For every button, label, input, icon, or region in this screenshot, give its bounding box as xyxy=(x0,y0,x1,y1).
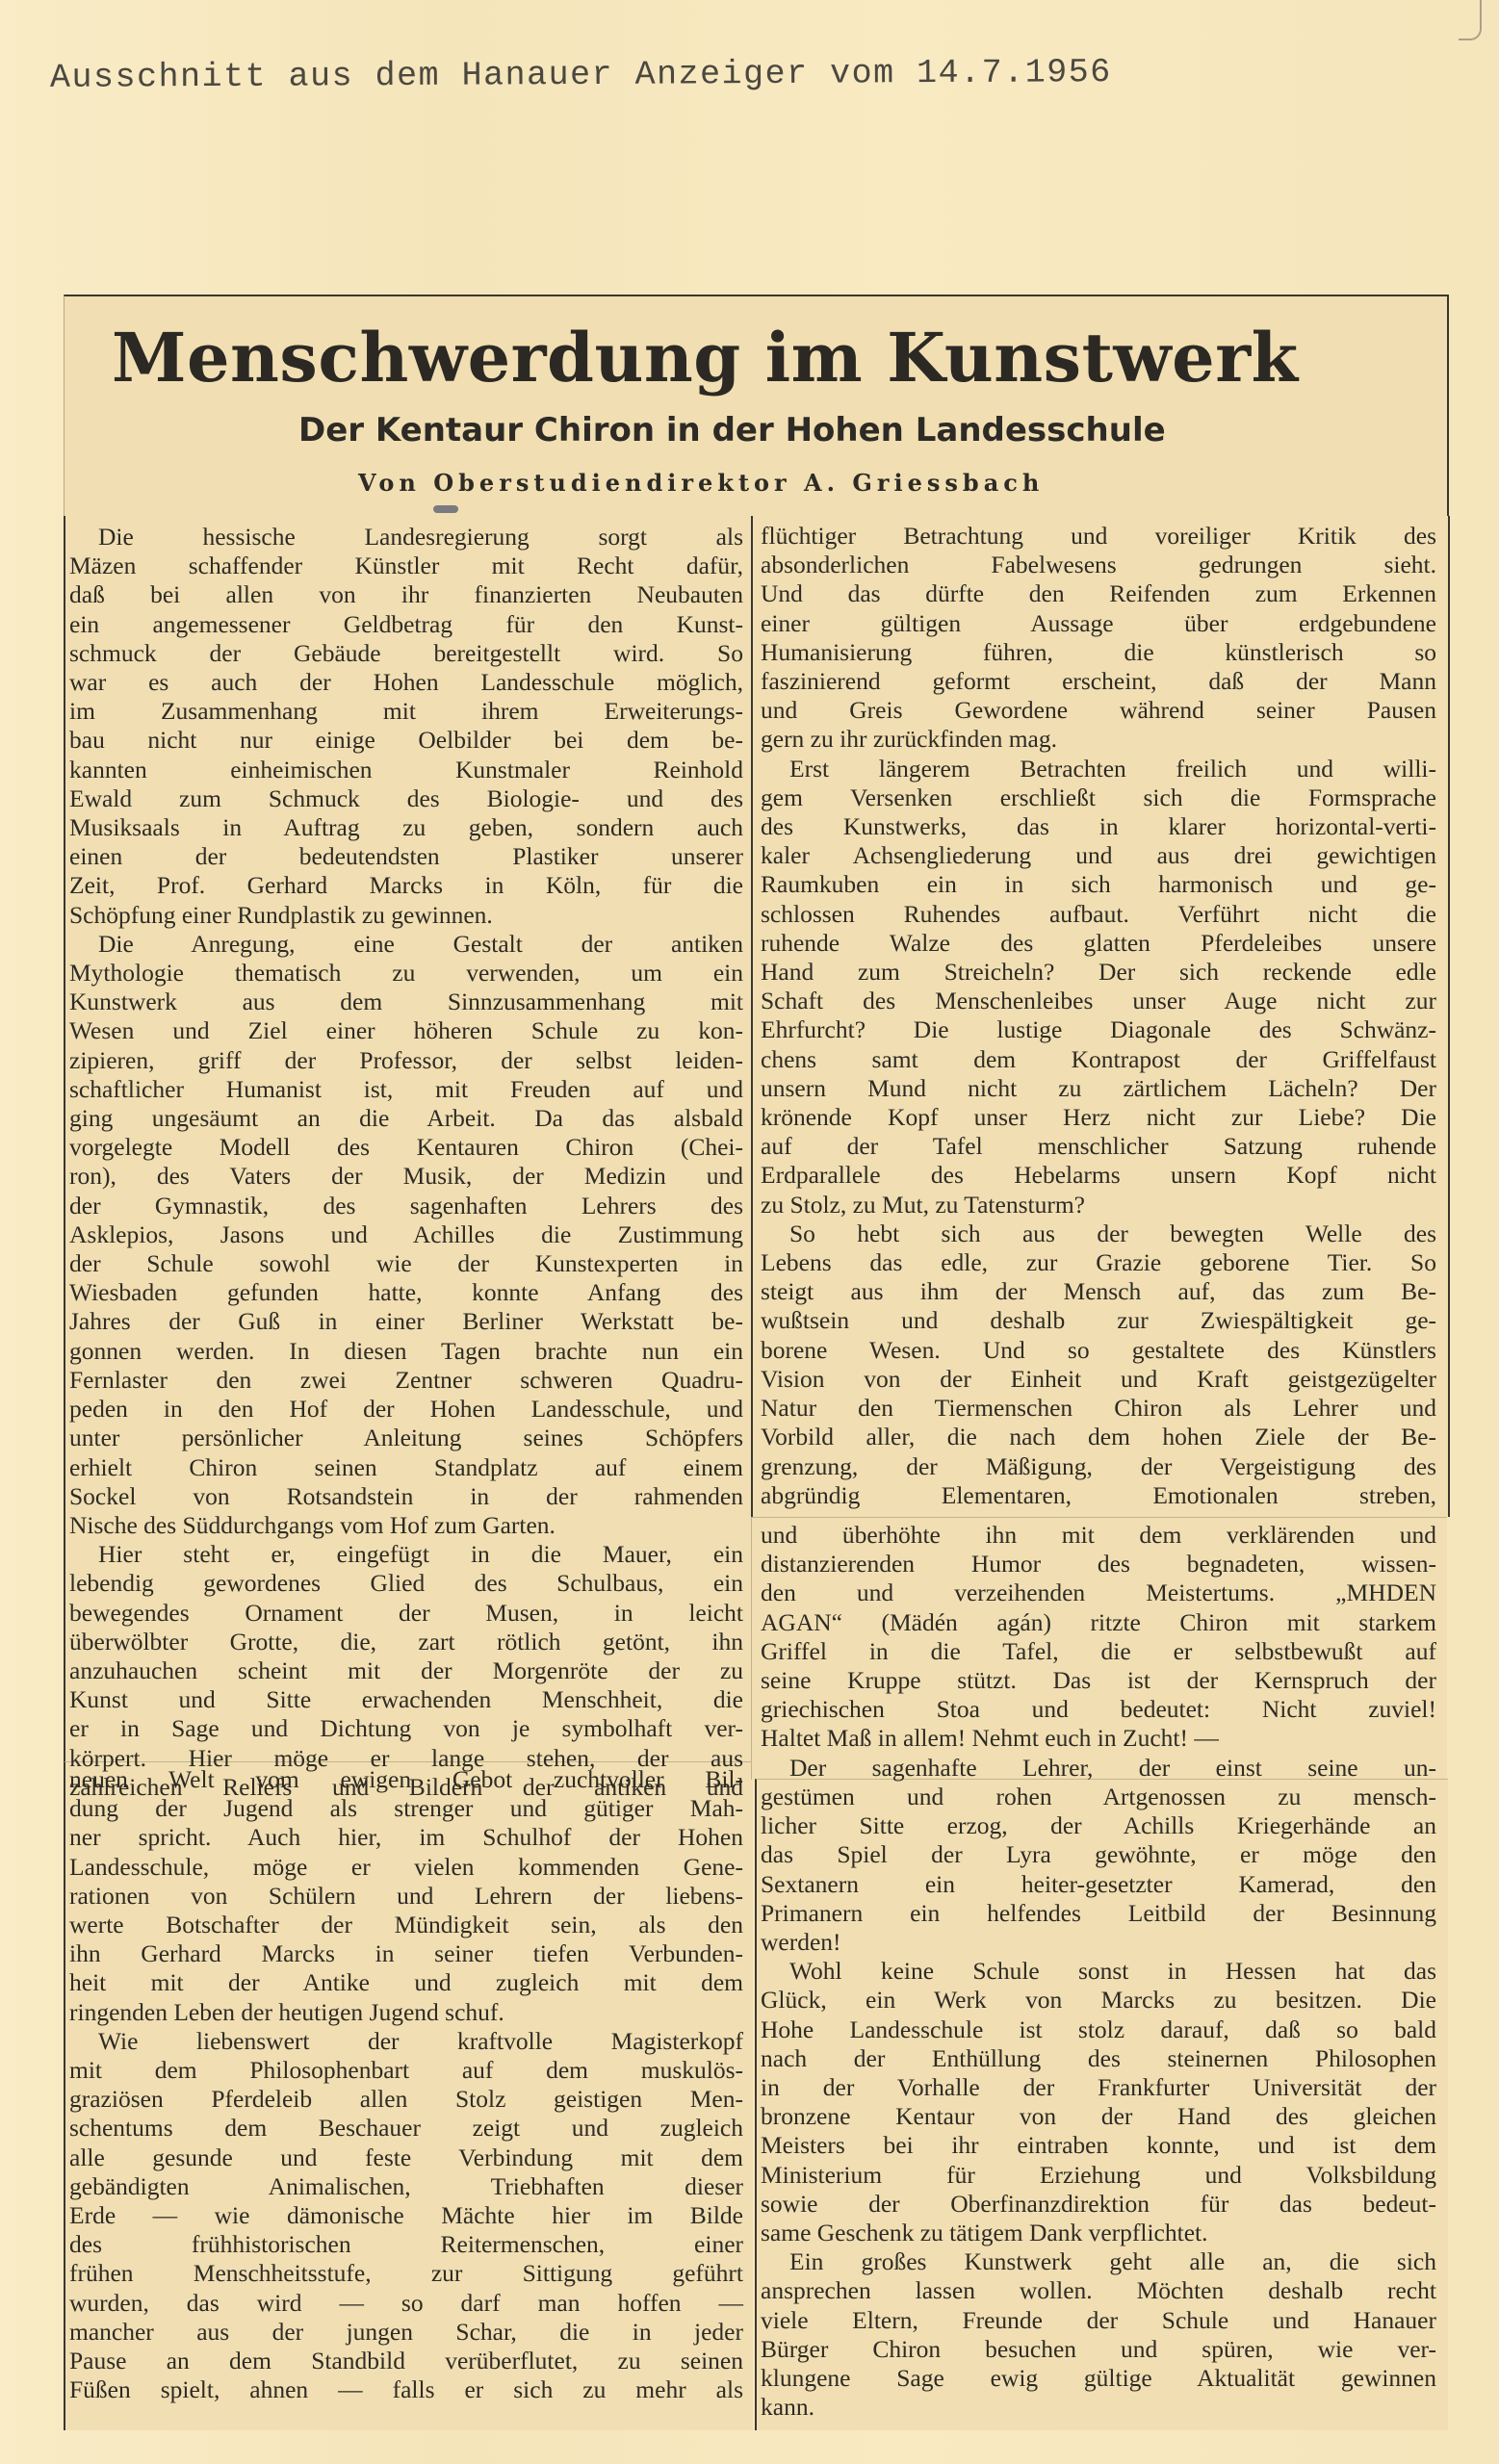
article-text-line: Mythologie thematisch zu verwenden, um e… xyxy=(69,959,743,988)
article-text-line: kann. xyxy=(761,2393,1436,2422)
article-text-line: Glück, ein Werk von Marcks zu besitzen. … xyxy=(761,1986,1436,2015)
article-text-line: gem Versenken erschließt sich die Formsp… xyxy=(761,783,1436,812)
article-text-line: in der Vorhalle der Frankfurter Universi… xyxy=(761,2073,1436,2102)
article-text-line: Raumkuben ein in sich harmonisch und ge- xyxy=(761,870,1436,899)
article-text-line: Vorbild aller, die nach dem hohen Ziele … xyxy=(761,1423,1436,1451)
article-text-line: AGAN“ (Mädén agán) ritzte Chiron mit sta… xyxy=(761,1608,1436,1637)
article-text-line: Die hessische Landesregierung sorgt als xyxy=(69,523,743,552)
article-text-line: Lebens das edle, zur Grazie geborene Tie… xyxy=(761,1248,1436,1277)
article-column-left-bottom: neuen Welt vom ewigen Gebot zuchtvoller … xyxy=(69,1765,743,2404)
article-text-line: einen der bedeutendsten Plastiker unsere… xyxy=(69,842,743,871)
article-text-line: einer gültigen Aussage über erdgebundene xyxy=(761,609,1436,638)
article-text-line: sowie der Oberfinanzdirektion für das be… xyxy=(761,2190,1436,2219)
article-text-line: unter persönlicher Anleitung seines Schö… xyxy=(69,1424,743,1452)
article-text-line: borene Wesen. Und so gestaltete des Küns… xyxy=(761,1336,1436,1365)
article-text-line: ron), des Vaters der Musik, der Medizin … xyxy=(69,1162,743,1191)
article-text-line: wurden, das wird — so darf man hoffen — xyxy=(69,2289,743,2318)
article-column-right-top: flüchtiger Betrachtung und voreiliger Kr… xyxy=(761,522,1436,1510)
article-text-line: Griffel in die Tafel, die er selbstbewuß… xyxy=(761,1637,1436,1666)
article-text-line: Hier steht er, eingefügt in die Mauer, e… xyxy=(69,1540,743,1569)
article-text-line: nach der Enthüllung des steinernen Philo… xyxy=(761,2044,1436,2073)
article-text-line: war es auch der Hohen Landesschule mögli… xyxy=(69,668,743,697)
article-text-line: Ministerium für Erziehung und Volksbildu… xyxy=(761,2161,1436,2190)
article-text-line: und Greis Gewordene während seiner Pause… xyxy=(761,696,1436,725)
article-text-line: Meisters bei ihr eintraben konnte, und i… xyxy=(761,2131,1436,2160)
article-text-line: Und das dürfte den Reifenden zum Erkenne… xyxy=(761,579,1436,608)
article-text-line: das Spiel der Lyra gewöhnte, er möge den xyxy=(761,1840,1436,1869)
article-text-line: auf der Tafel menschlicher Satzung ruhen… xyxy=(761,1132,1436,1161)
article-text-line: viele Eltern, Freunde der Schule und Han… xyxy=(761,2306,1436,2335)
article-text-line: mit dem Philosophenbart auf dem muskulös… xyxy=(69,2056,743,2085)
article-text-line: Humanisierung führen, die künstlerisch s… xyxy=(761,638,1436,667)
article-text-line: Erdparallele des Hebelarms unsern Kopf n… xyxy=(761,1161,1436,1190)
article-text-line: rationen von Schülern und Lehrern der li… xyxy=(69,1882,743,1911)
article-text-line: Kunstwerk aus dem Sinnzusammenhang mit xyxy=(69,988,743,1016)
article-text-line: unsern Mund nicht zu zärtlichem Lächeln?… xyxy=(761,1074,1436,1103)
article-text-line: faszinierend geformt erscheint, daß der … xyxy=(761,667,1436,696)
article-text-line: neuen Welt vom ewigen Gebot zuchtvoller … xyxy=(69,1765,743,1794)
article-text-line: Ehrfurcht? Die lustige Diagonale des Sch… xyxy=(761,1015,1436,1044)
ink-mark xyxy=(433,505,458,513)
article-text-line: abgründig Elementaren, Emotionalen streb… xyxy=(761,1481,1436,1510)
article-text-line: werden! xyxy=(761,1928,1436,1957)
article-text-line: Wiesbaden gefunden hatte, konnte Anfang … xyxy=(69,1278,743,1307)
article-text-line: heit mit der Antike und zugleich mit dem xyxy=(69,1968,743,1997)
article-text-line: graziösen Pferdeleib allen Stolz geistig… xyxy=(69,2085,743,2114)
article-text-line: gestümen und rohen Artgenossen zu mensch… xyxy=(761,1783,1436,1811)
article-column-right-middle: und überhöhte ihn mit dem verklärenden u… xyxy=(761,1521,1436,1783)
article-text-line: zu Stolz, zu Mut, zu Tatensturm? xyxy=(761,1191,1436,1219)
article-text-line: vorgelegte Modell des Kentauren Chiron (… xyxy=(69,1133,743,1162)
article-text-line: schmuck der Gebäude bereitgestellt wird.… xyxy=(69,639,743,668)
article-text-line: krönende Kopf unser Herz nicht zur Liebe… xyxy=(761,1103,1436,1132)
article-text-line: kaler Achsengliederung und aus drei gewi… xyxy=(761,841,1436,870)
article-text-line: same Geschenk zu tätigem Dank verpflicht… xyxy=(761,2219,1436,2247)
article-text-line: zipieren, griff der Professor, der selbs… xyxy=(69,1046,743,1075)
article-headline: Menschwerdung im Kunstwerk xyxy=(112,318,1299,398)
article-text-line: Erst längerem Betrachten freilich und wi… xyxy=(761,755,1436,783)
paper-corner-mark xyxy=(1459,0,1482,40)
article-text-line: Der sagenhafte Lehrer, der einst seine u… xyxy=(761,1754,1436,1783)
article-text-line: Schaft des Menschenleibes unser Auge nic… xyxy=(761,987,1436,1015)
article-text-line: bronzene Kentaur von der Hand des gleich… xyxy=(761,2102,1436,2131)
article-text-line: ihn Gerhard Marcks in seiner tiefen Verb… xyxy=(69,1939,743,1968)
article-text-line: Jahres der Guß in einer Berliner Werksta… xyxy=(69,1307,743,1336)
article-text-line: Ewald zum Schmuck des Biologie- und des xyxy=(69,784,743,813)
article-text-line: bau nicht nur einige Oelbilder bei dem b… xyxy=(69,726,743,755)
article-text-line: Die Anregung, eine Gestalt der antiken xyxy=(69,930,743,959)
article-text-line: mancher aus der jungen Schar, die in jed… xyxy=(69,2318,743,2347)
article-text-line: grenzung, der Mäßigung, der Vergeistigun… xyxy=(761,1452,1436,1481)
article-text-line: Erde — wie dämonische Mächte hier im Bil… xyxy=(69,2201,743,2230)
article-text-line: Musiksaals in Auftrag zu geben, sondern … xyxy=(69,813,743,842)
article-text-line: Mäzen schaffender Künstler mit Recht daf… xyxy=(69,552,743,580)
article-text-line: gern zu ihr zurückfinden mag. xyxy=(761,725,1436,754)
article-text-line: Wie liebenswert der kraftvolle Magisterk… xyxy=(69,2027,743,2056)
article-text-line: Kunst und Sitte erwachenden Menschheit, … xyxy=(69,1685,743,1714)
article-subtitle: Der Kentaur Chiron in der Hohen Landessc… xyxy=(298,411,1166,449)
article-text-line: seine Kruppe stützt. Das ist der Kernspr… xyxy=(761,1666,1436,1695)
article-text-line: den und verzeihenden Meistertums. „MHDEN xyxy=(761,1578,1436,1607)
article-text-line: Wohl keine Schule sonst in Hessen hat da… xyxy=(761,1957,1436,1986)
article-text-line: der Gymnastik, des sagenhaften Lehrers d… xyxy=(69,1192,743,1220)
article-text-line: daß bei allen von ihr finanzierten Neuba… xyxy=(69,580,743,609)
article-text-line: im Zusammenhang mit ihrem Erweiterungs- xyxy=(69,697,743,726)
article-text-line: steigt aus ihm der Mensch auf, das zum B… xyxy=(761,1277,1436,1306)
article-text-line: So hebt sich aus der bewegten Welle des xyxy=(761,1219,1436,1248)
article-text-line: und überhöhte ihn mit dem verklärenden u… xyxy=(761,1521,1436,1550)
article-text-line: anzuhauchen scheint mit der Morgenröte d… xyxy=(69,1656,743,1685)
article-text-line: Wesen und Ziel einer höheren Schule zu k… xyxy=(69,1016,743,1045)
article-text-line: Vision von der Einheit und Kraft geistge… xyxy=(761,1365,1436,1394)
article-text-line: schentums dem Beschauer zeigt und zuglei… xyxy=(69,2114,743,2143)
article-text-line: Ein großes Kunstwerk geht alle an, die s… xyxy=(761,2247,1436,2276)
article-text-line: frühen Menschheitsstufe, zur Sittigung g… xyxy=(69,2259,743,2288)
article-text-line: Primanern ein helfendes Leitbild der Bes… xyxy=(761,1899,1436,1928)
article-text-line: peden in den Hof der Hohen Landesschule,… xyxy=(69,1395,743,1424)
article-text-line: Sextanern ein heiter-gesetzter Kamerad, … xyxy=(761,1870,1436,1899)
article-text-line: dung der Jugend als strenger und gütiger… xyxy=(69,1794,743,1823)
article-text-line: bewegendes Ornament der Musen, in leicht xyxy=(69,1599,743,1628)
article-text-line: alle gesunde und feste Verbindung mit de… xyxy=(69,2143,743,2172)
article-text-line: überwölbter Grotte, die, zart rötlich ge… xyxy=(69,1628,743,1656)
article-text-line: ansprechen lassen wollen. Möchten deshal… xyxy=(761,2276,1436,2305)
article-text-line: Sockel von Rotsandstein in der rahmenden xyxy=(69,1482,743,1511)
article-text-line: griechischen Stoa und bedeutet: Nicht zu… xyxy=(761,1695,1436,1724)
article-text-line: schaftlicher Humanist ist, mit Freuden a… xyxy=(69,1075,743,1104)
article-text-line: wußtsein und deshalb zur Zwiespältigkeit… xyxy=(761,1306,1436,1335)
article-text-line: Füßen spielt, ahnen — falls er sich zu m… xyxy=(69,2375,743,2404)
typed-source-note: Ausschnitt aus dem Hanauer Anzeiger vom … xyxy=(50,53,1112,97)
article-text-line: kannten einheimischen Kunstmaler Reinhol… xyxy=(69,756,743,784)
article-text-line: Pause an dem Standbild verüberflutet, zu… xyxy=(69,2347,743,2375)
article-column-right-bottom: gestümen und rohen Artgenossen zu mensch… xyxy=(761,1783,1436,2422)
article-text-line: schlossen Ruhendes aufbaut. Verführt nic… xyxy=(761,900,1436,929)
article-text-line: lebendig gewordenes Glied des Schulbaus,… xyxy=(69,1569,743,1598)
article-text-line: des Kunstwerks, das in klarer horizontal… xyxy=(761,812,1436,841)
article-byline: Von Oberstudiendirektor A. Griessbach xyxy=(358,469,1044,497)
article-text-line: absonderlichen Fabelwesens gedrungen sie… xyxy=(761,551,1436,579)
article-text-line: Hand zum Streicheln? Der sich reckende e… xyxy=(761,958,1436,987)
article-text-line: distanzierenden Humor des begnadeten, wi… xyxy=(761,1550,1436,1578)
article-text-line: Asklepios, Jasons und Achilles die Zusti… xyxy=(69,1220,743,1249)
article-text-line: ruhende Walze des glatten Pferdeleibes u… xyxy=(761,929,1436,958)
article-text-line: Hohe Landesschule ist stolz darauf, daß … xyxy=(761,2015,1436,2044)
article-text-line: der Schule sowohl wie der Kunstexperten … xyxy=(69,1249,743,1278)
article-text-line: Nische des Süddurchgangs vom Hof zum Gar… xyxy=(69,1511,743,1540)
article-text-line: er in Sage und Dichtung von je symbolhaf… xyxy=(69,1714,743,1743)
article-text-line: werte Botschafter der Mündigkeit sein, a… xyxy=(69,1911,743,1939)
article-text-line: Landesschule, möge er vielen kommenden G… xyxy=(69,1853,743,1882)
article-text-line: ner spricht. Auch hier, im Schulhof der … xyxy=(69,1823,743,1852)
article-text-line: Zeit, Prof. Gerhard Marcks in Köln, für … xyxy=(69,871,743,900)
article-text-line: flüchtiger Betrachtung und voreiliger Kr… xyxy=(761,522,1436,551)
article-text-line: licher Sitte erzog, der Achills Kriegerh… xyxy=(761,1811,1436,1840)
article-text-line: ging ungesäumt an die Arbeit. Da das als… xyxy=(69,1104,743,1133)
article-text-line: erhielt Chiron seinen Standplatz auf ein… xyxy=(69,1453,743,1482)
article-text-line: Natur den Tiermenschen Chiron als Lehrer… xyxy=(761,1394,1436,1423)
article-text-line: klungene Sage ewig gültige Aktualität ge… xyxy=(761,2364,1436,2393)
article-text-line: ringenden Leben der heutigen Jugend schu… xyxy=(69,1998,743,2027)
article-text-line: Bürger Chiron besuchen und spüren, wie v… xyxy=(761,2335,1436,2364)
article-text-line: Haltet Maß in allem! Nehmt euch in Zucht… xyxy=(761,1724,1436,1753)
article-text-line: gebändigten Animalischen, Triebhaften di… xyxy=(69,2172,743,2201)
article-text-line: des frühhistorischen Reitermenschen, ein… xyxy=(69,2230,743,2259)
article-text-line: gonnen werden. In diesen Tagen brachte n… xyxy=(69,1337,743,1366)
article-column-left-top: Die hessische Landesregierung sorgt alsM… xyxy=(69,523,743,1802)
article-text-line: Fernlaster den zwei Zentner schweren Qua… xyxy=(69,1366,743,1395)
article-text-line: chens samt dem Kontrapost der Griffelfau… xyxy=(761,1045,1436,1074)
article-text-line: Schöpfung einer Rundplastik zu gewinnen. xyxy=(69,901,743,930)
article-text-line: ein angemessener Geldbetrag für den Kuns… xyxy=(69,610,743,639)
